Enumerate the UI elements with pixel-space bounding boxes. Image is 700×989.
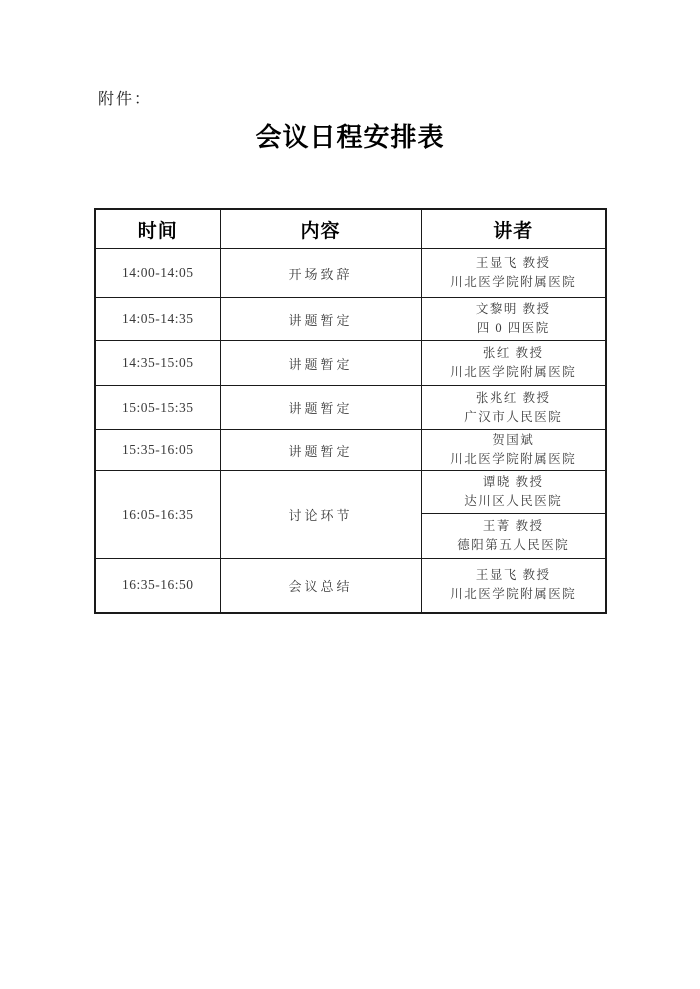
time-cell: 14:05-14:35 [95,298,220,341]
speaker-cell: 王显飞 教授川北医学院附属医院 [421,249,606,298]
time-cell: 14:35-15:05 [95,341,220,386]
schedule-table: 时间内容讲者 14:00-14:05开场致辞王显飞 教授川北医学院附属医院14:… [94,208,607,614]
header-row: 时间内容讲者 [95,209,606,249]
speaker-cell: 王菁 教授德阳第五人民医院 [421,514,606,559]
speaker-org: 川北医学院附属医院 [422,585,606,604]
table-row: 16:35-16:50会议总结王显飞 教授川北医学院附属医院 [95,559,606,613]
content-cell: 讲题暂定 [220,341,421,386]
content-cell: 会议总结 [220,559,421,613]
content-cell: 讨论环节 [220,471,421,559]
table-row: 14:05-14:35讲题暂定文黎明 教授四 0 四医院 [95,298,606,341]
speaker-name: 王显飞 教授 [422,254,606,273]
speaker-org: 广汉市人民医院 [422,408,606,427]
speaker-name: 谭晓 教授 [422,473,606,492]
table-row: 14:00-14:05开场致辞王显飞 教授川北医学院附属医院 [95,249,606,298]
speaker-cell: 文黎明 教授四 0 四医院 [421,298,606,341]
time-cell: 16:05-16:35 [95,471,220,559]
page-title: 会议日程安排表 [0,117,700,154]
speaker-cell: 张兆红 教授广汉市人民医院 [421,386,606,430]
content-cell: 讲题暂定 [220,430,421,471]
col-header-speaker: 讲者 [421,209,606,249]
table-row: 14:35-15:05讲题暂定张红 教授川北医学院附属医院 [95,341,606,386]
speaker-name: 张兆红 教授 [422,389,606,408]
speaker-name: 张红 教授 [422,344,606,363]
attachment-label: 附件： [98,86,152,109]
speaker-org: 四 0 四医院 [422,319,606,338]
time-cell: 14:00-14:05 [95,249,220,298]
col-header-time: 时间 [95,209,220,249]
speaker-name: 文黎明 教授 [422,300,606,319]
content-cell: 开场致辞 [220,249,421,298]
speaker-org: 川北医学院附属医院 [422,363,606,382]
time-cell: 16:35-16:50 [95,559,220,613]
speaker-cell: 王显飞 教授川北医学院附属医院 [421,559,606,613]
col-header-content: 内容 [220,209,421,249]
table-row: 16:05-16:35讨论环节谭晓 教授达川区人民医院 [95,471,606,514]
speaker-cell: 谭晓 教授达川区人民医院 [421,471,606,514]
speaker-name: 王菁 教授 [422,517,606,536]
table-row: 15:05-15:35讲题暂定张兆红 教授广汉市人民医院 [95,386,606,430]
document-page: 附件： 会议日程安排表 时间内容讲者 14:00-14:05开场致辞王显飞 教授… [0,0,700,989]
content-cell: 讲题暂定 [220,386,421,430]
speaker-org: 德阳第五人民医院 [422,536,606,555]
time-cell: 15:35-16:05 [95,430,220,471]
speaker-org: 达川区人民医院 [422,492,606,511]
speaker-cell: 贺国斌川北医学院附属医院 [421,430,606,471]
table-row: 15:35-16:05讲题暂定贺国斌川北医学院附属医院 [95,430,606,471]
schedule-table-header: 时间内容讲者 [95,209,606,249]
speaker-org: 川北医学院附属医院 [422,450,606,469]
speaker-name: 贺国斌 [422,431,606,450]
schedule-table-body: 14:00-14:05开场致辞王显飞 教授川北医学院附属医院14:05-14:3… [95,249,606,613]
speaker-cell: 张红 教授川北医学院附属医院 [421,341,606,386]
speaker-org: 川北医学院附属医院 [422,273,606,292]
content-cell: 讲题暂定 [220,298,421,341]
speaker-name: 王显飞 教授 [422,566,606,585]
time-cell: 15:05-15:35 [95,386,220,430]
